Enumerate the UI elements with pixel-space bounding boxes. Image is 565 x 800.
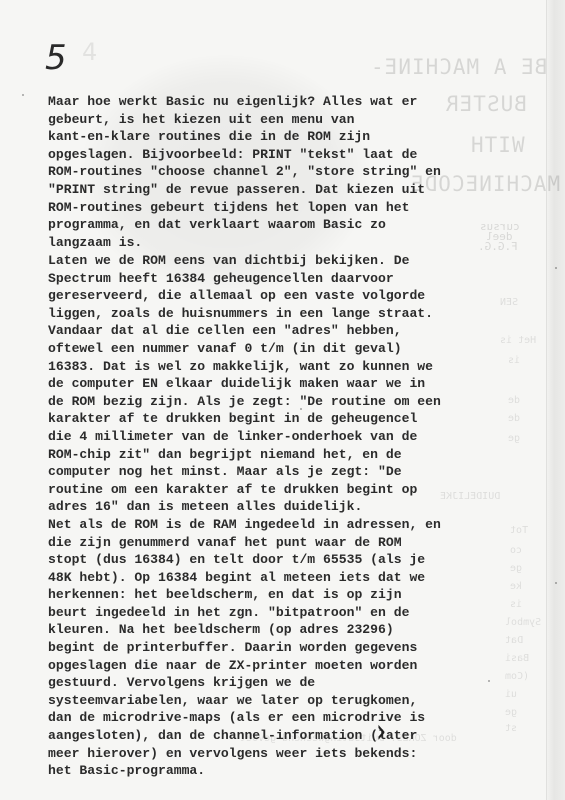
scan-speck [555, 267, 557, 269]
text-line: 48K hebt). Op 16384 begint al meteen iet… [48, 569, 498, 587]
text-line: systeemvariabelen, waar we later op teru… [48, 692, 498, 710]
scanned-page: BE A MACHINE- BUSTER WITH MACHINECODE cu… [0, 0, 565, 800]
text-line: 16383. Dat is wel zo makkelijk, want zo … [48, 358, 498, 376]
page-number-ghost: 4 [82, 38, 97, 66]
text-line: Laten we de ROM eens van dichtbij bekijk… [48, 252, 498, 270]
scan-speck [22, 94, 24, 96]
text-line: liggen, zoals de huisnummers in een lang… [48, 305, 498, 323]
text-line: gereserveerd, die allemaal op een vaste … [48, 287, 498, 305]
text-line: Vandaar dat al die cellen een "adres" he… [48, 322, 498, 340]
text-line: de computer EN elkaar duidelijk maken wa… [48, 375, 498, 393]
text-line: routine om een karakter af te drukken be… [48, 481, 498, 499]
bleed-through-title-line: BE A MACHINE- [370, 55, 547, 79]
text-line: stopt (dus 16384) en telt door t/m 65535… [48, 551, 498, 569]
text-line: Net als de ROM is de RAM ingedeeld in ad… [48, 516, 498, 534]
text-line: beurt ingedeeld in het zgn. "bitpatroon"… [48, 604, 498, 622]
text-line: gestuurd. Vervolgens krijgen we de [48, 674, 498, 692]
text-line: ROM-routines gebeurt tijdens het lopen v… [48, 199, 498, 217]
bleed-through-fragment: is [508, 350, 520, 371]
bleed-through-fragment: Het is [500, 330, 536, 351]
text-line: karakter af te drukken begint in de gehe… [48, 410, 498, 428]
text-line: kleuren. Na het beeldscherm (op adres 23… [48, 621, 498, 639]
text-line: aangesloten), dan de channel-information… [48, 727, 498, 745]
text-line: Spectrum heeft 16384 geheugencellen daar… [48, 270, 498, 288]
text-line: ROM-routines "choose channel 2", "store … [48, 163, 498, 181]
page-number: 5 [45, 38, 67, 78]
text-line: programma, en dat verklaart waarom Basic… [48, 216, 498, 234]
text-line: meer hierover) en vervolgens weer iets b… [48, 745, 498, 763]
scan-speck [300, 408, 302, 410]
text-line: gebeurt, is het kiezen uit een menu van [48, 111, 498, 129]
text-line: de ROM bezig zijn. Als je zegt: "De rout… [48, 393, 498, 411]
bleed-through-fragment: Tot [510, 520, 528, 541]
text-line: ROM-chip zit" dan begrijpt niemand het, … [48, 446, 498, 464]
text-line: het Basic-programma. [48, 762, 498, 780]
text-line: die 4 millimeter van de linker-onderhoek… [48, 428, 498, 446]
text-line: dan de microdrive-maps (als er een micro… [48, 709, 498, 727]
text-line: kant-en-klare routines die in de ROM zij… [48, 128, 498, 146]
text-line: opgeslagen. Bijvoorbeeld: PRINT "tekst" … [48, 146, 498, 164]
next-page-arrow-icon[interactable]: › [376, 713, 386, 751]
text-line: Maar hoe werkt Basic nu eigenlijk? Alles… [48, 93, 498, 111]
text-line: die zijn genummerd vanaf het punt waar d… [48, 534, 498, 552]
paragraph-basic-explanation: Maar hoe werkt Basic nu eigenlijk? Alles… [48, 93, 498, 251]
paragraph-rom-ram-layout: Laten we de ROM eens van dichtbij bekijk… [48, 252, 498, 780]
text-line: "PRINT string" de revue passeren. Dat ki… [48, 181, 498, 199]
text-line: langzaam is. [48, 234, 498, 252]
bleed-through-fragment: st [505, 718, 517, 739]
bleed-through-fragment: de [508, 408, 520, 429]
text-line: herkennen: het beeldscherm, en dat is op… [48, 586, 498, 604]
text-line: computer nog het minst. Maar als je zegt… [48, 463, 498, 481]
bleed-through-fragment: SEN [500, 292, 518, 313]
text-line: begint de printerbuffer. Daarin worden g… [48, 639, 498, 657]
text-line: opgeslagen die naar de ZX-printer moeten… [48, 657, 498, 675]
bleed-through-fragment: ge [508, 428, 520, 449]
text-line: oftewel een nummer vanaf 0 t/m (in dit g… [48, 340, 498, 358]
scan-speck [488, 680, 490, 682]
scan-speck [555, 582, 557, 584]
page-edge-shadow [546, 0, 565, 800]
text-line: adres 16" dan is meteen alles duidelijk. [48, 498, 498, 516]
